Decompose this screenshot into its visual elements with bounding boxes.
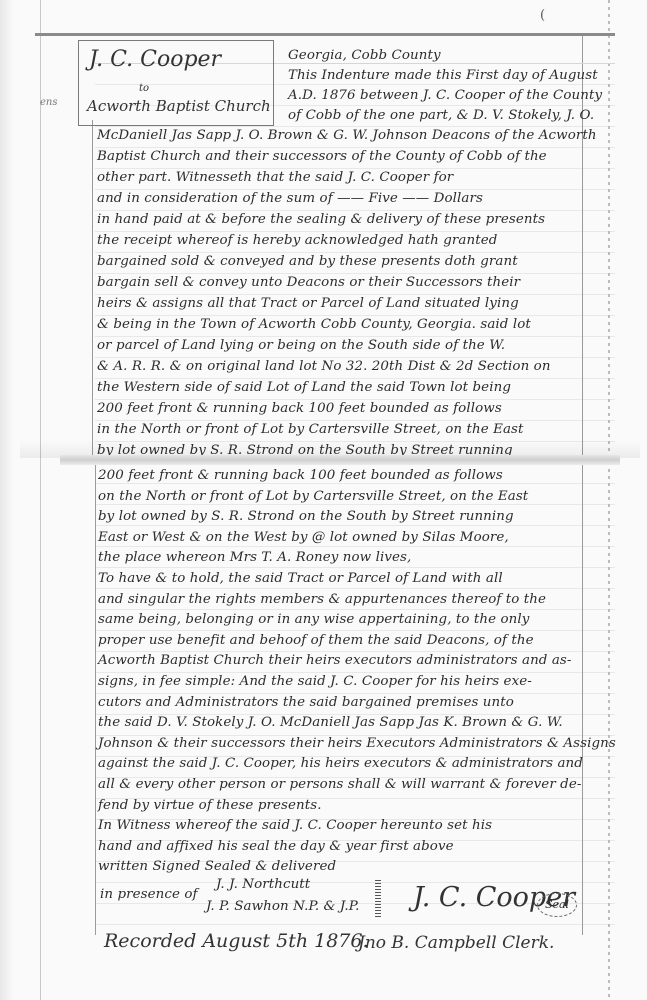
deed-line: 200 feet front & running back 100 feet b…: [97, 401, 502, 416]
seal-mark: Seal: [537, 893, 577, 917]
margin-rule-left: [40, 0, 41, 1000]
ruled-line: [95, 630, 615, 631]
deed-line: of Cobb of the one part, & D. V. Stokely…: [288, 108, 594, 123]
deed-line: the place whereon Mrs T. A. Roney now li…: [98, 550, 411, 565]
ruled-line: [95, 567, 615, 568]
caption-grantee: Acworth Baptist Church: [87, 97, 271, 115]
deed-line: hand and affixed his seal the day & year…: [98, 839, 454, 854]
deed-line: cutors and Administrators the said barga…: [98, 695, 514, 710]
ruled-line: [95, 924, 615, 925]
deed-line: To have & to hold, the said Tract or Par…: [98, 571, 503, 586]
deed-line: the Western side of said Lot of Land the…: [97, 380, 511, 395]
ruled-line: [95, 420, 615, 421]
ruled-line: [95, 168, 615, 169]
deed-line: and in consideration of the sum of —— Fi…: [97, 191, 483, 206]
ruled-line: [95, 294, 615, 295]
caption-versus: to: [139, 83, 149, 94]
ruled-line: [95, 357, 615, 358]
ruled-line: [95, 252, 615, 253]
ruled-line: [95, 273, 615, 274]
ruled-line: [95, 399, 615, 400]
deed-line: Georgia, Cobb County: [288, 48, 441, 63]
deed-line: same being, belonging or in any wise app…: [98, 612, 529, 627]
caption-box: J. C. Cooper to Acworth Baptist Church: [78, 40, 274, 126]
deed-line: in hand paid at & before the sealing & d…: [97, 212, 545, 227]
page-mark: (: [540, 8, 545, 23]
deed-line: Johnson & their successors their heirs E…: [98, 736, 616, 751]
header-rule: [35, 33, 615, 36]
deed-line: & being in the Town of Acworth Cobb Coun…: [97, 317, 531, 332]
witness-1: J. J. Northcutt: [216, 877, 310, 892]
deed-line: Baptist Church and their successors of t…: [97, 149, 547, 164]
deed-line: the receipt whereof is hereby acknowledg…: [97, 233, 497, 248]
scanned-deed-page: ( J. C. Cooper to Acworth Baptist Church…: [0, 0, 647, 1000]
witness-2: J. P. Sawhon N.P. & J.P.: [206, 899, 359, 914]
clerk-signature: Jno B. Campbell Clerk.: [358, 933, 554, 953]
deed-line: in the North or front of Lot by Cartersv…: [97, 422, 524, 437]
deed-line: written Signed Sealed & delivered: [98, 859, 336, 874]
attestation-prefix: in presence of: [100, 887, 198, 902]
ruled-line: [95, 609, 615, 610]
deed-line: A.D. 1876 between J. C. Cooper of the Co…: [288, 88, 602, 103]
ruled-line: [95, 672, 615, 673]
deed-line: bargained sold & conveyed and by these p…: [97, 254, 518, 269]
signature-bracket: [375, 880, 381, 918]
body-rule-left-lower: [95, 465, 96, 935]
scan-edge: [0, 0, 14, 1000]
ruled-line: [95, 189, 615, 190]
ruled-line: [95, 588, 615, 589]
caption-grantor: J. C. Cooper: [89, 47, 221, 72]
deed-line: other part. Witnesseth that the said J. …: [97, 170, 453, 185]
caption-margin-prefix: ens: [40, 97, 58, 108]
page-fold: [60, 455, 620, 465]
deed-line: fend by virtue of these presents.: [98, 798, 322, 813]
deed-line: This Indenture made this First day of Au…: [288, 68, 598, 83]
ruled-line: [95, 147, 615, 148]
ruled-line: [95, 651, 615, 652]
ruled-line: [95, 483, 615, 484]
ruled-line: [95, 546, 615, 547]
scan-dotted-edge: [608, 0, 610, 1000]
ruled-line: [95, 126, 615, 127]
deed-line: 200 feet front & running back 100 feet b…: [98, 468, 503, 483]
deed-line: Acworth Baptist Church their heirs execu…: [98, 653, 572, 668]
ruled-line: [95, 525, 615, 526]
deed-line: signs, in fee simple: And the said J. C.…: [98, 674, 532, 689]
deed-line: heirs & assigns all that Tract or Parcel…: [97, 296, 519, 311]
deed-line: & A. R. R. & on original land lot No 32.…: [97, 359, 551, 374]
body-rule-left: [92, 120, 93, 455]
deed-line: In Witness whereof the said J. C. Cooper…: [98, 818, 492, 833]
deed-line: and singular the rights members & appurt…: [98, 592, 546, 607]
deed-line: proper use benefit and behoof of them th…: [98, 633, 534, 648]
ruled-line: [95, 378, 615, 379]
ruled-line: [95, 315, 615, 316]
ruled-line: [95, 336, 615, 337]
deed-line: all & every other person or persons shal…: [98, 777, 582, 792]
recorded-date: Recorded August 5th 1876.: [104, 930, 369, 952]
ruled-line: [95, 504, 615, 505]
deed-line: or parcel of Land lying or being on the …: [97, 338, 505, 353]
deed-line: McDaniell Jas Sapp J. O. Brown & G. W. J…: [97, 128, 597, 143]
deed-line: by lot owned by S. R. Strond on the Sout…: [98, 509, 514, 524]
deed-line: East or West & on the West by @ lot owne…: [98, 530, 509, 545]
deed-line: on the North or front of Lot by Cartersv…: [98, 489, 528, 504]
deed-line: bargain sell & convey unto Deacons or th…: [97, 275, 520, 290]
ruled-line: [95, 231, 615, 232]
deed-line: the said D. V. Stokely J. O. McDaniell J…: [98, 715, 563, 730]
ruled-line: [95, 210, 615, 211]
body-rule-right: [582, 35, 583, 935]
deed-line: against the said J. C. Cooper, his heirs…: [98, 756, 583, 771]
